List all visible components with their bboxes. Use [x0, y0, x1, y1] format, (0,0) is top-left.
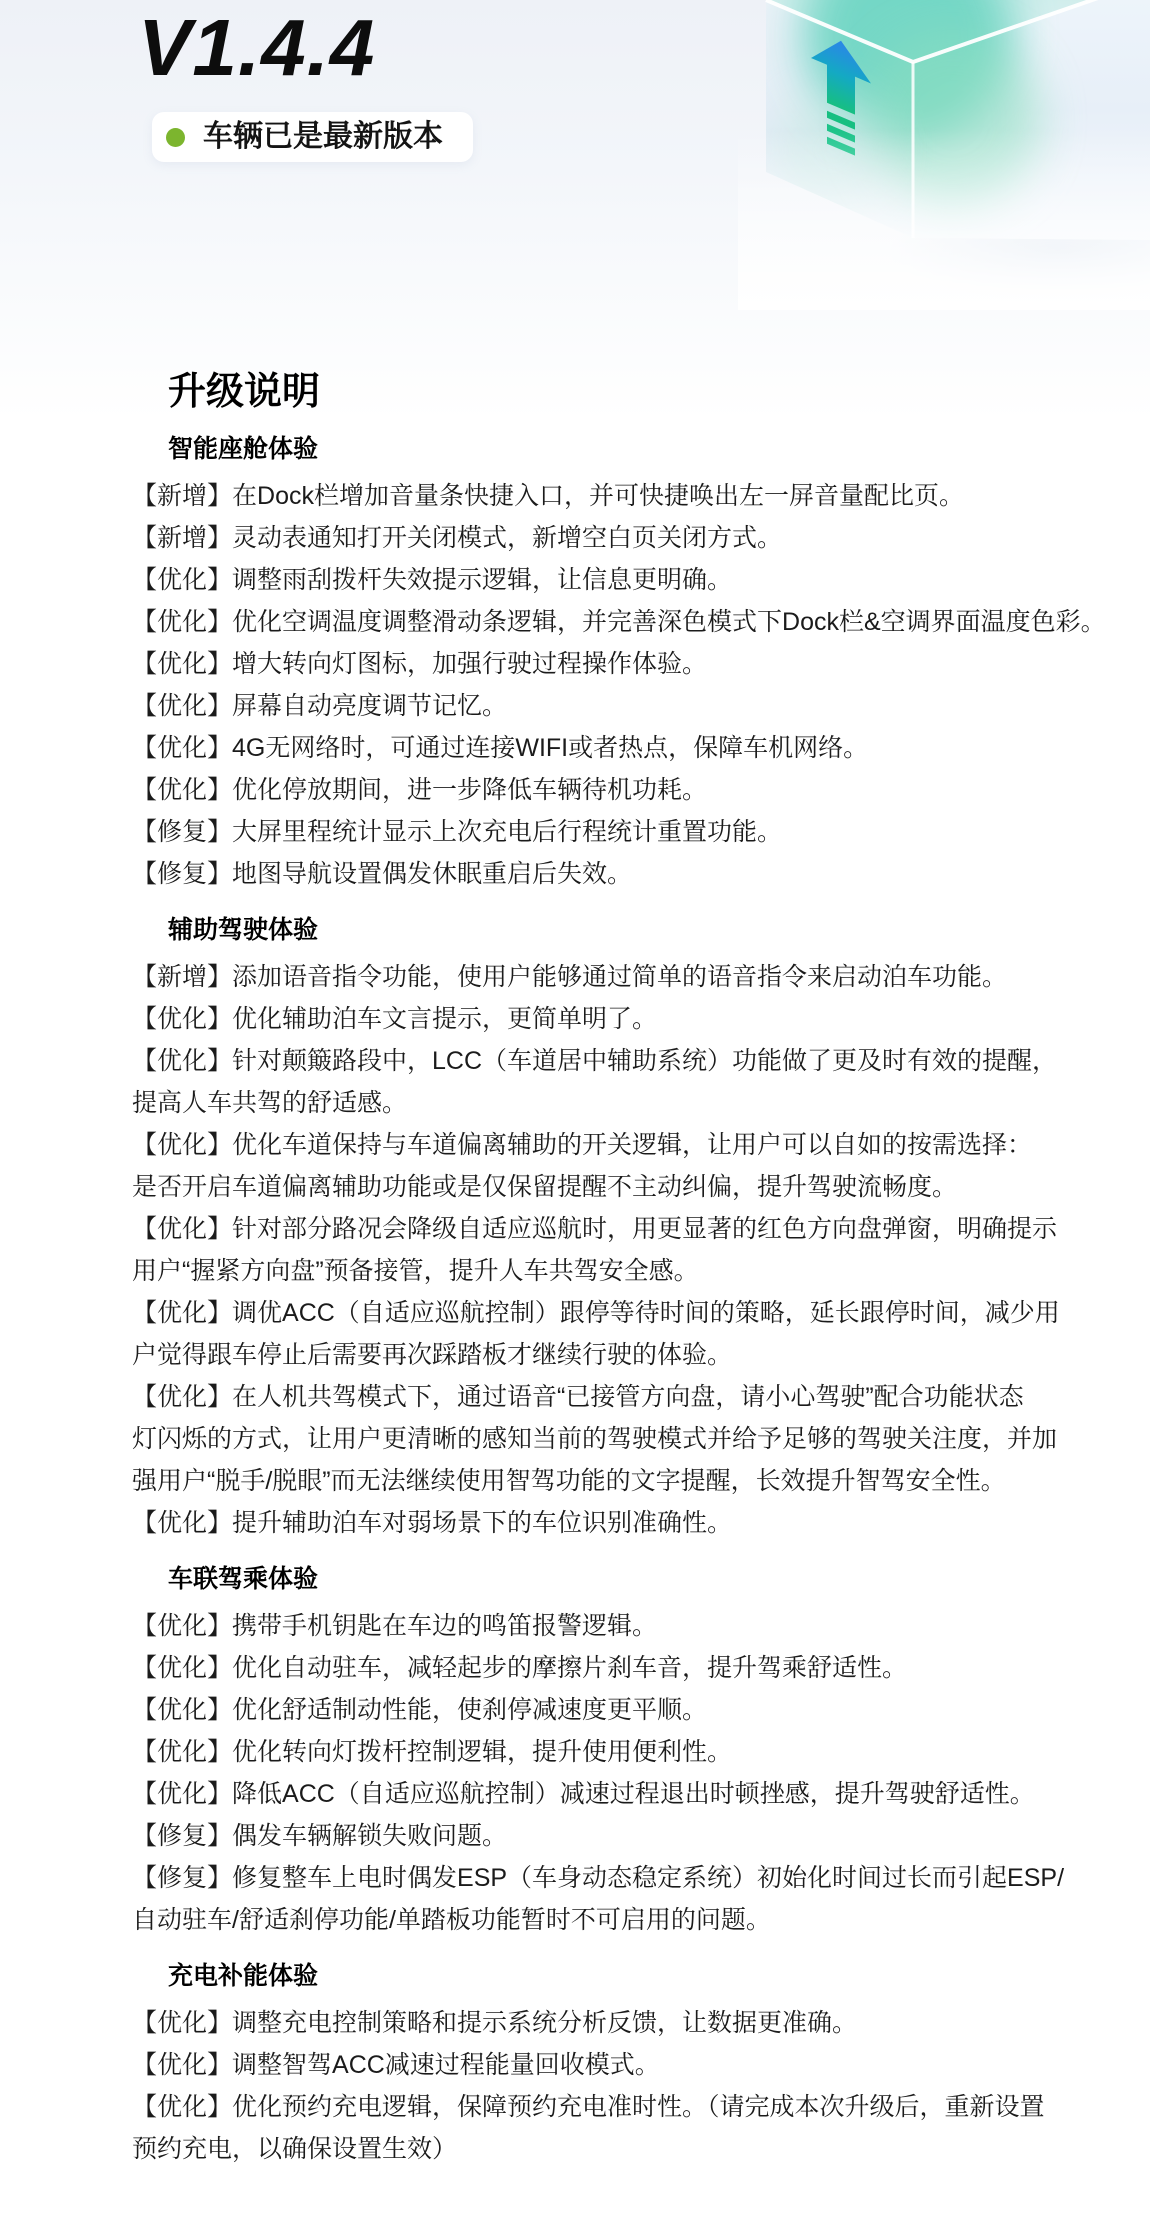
- item-tag: 【修复】: [132, 1864, 232, 1892]
- item-text: 优化车道保持与车道偏离辅助的开关逻辑，让用户可以自如的按需选择： 是否开启车道偏…: [132, 1131, 1032, 1201]
- item-text: 优化停放期间，进一步降低车辆待机功耗。: [232, 776, 707, 804]
- upgrade-cube-illustration: [738, 0, 1150, 310]
- changelog-section: 充电补能体验 【优化】调整充电控制策略和提示系统分析反馈，让数据更准确。【优化】…: [132, 1959, 1132, 2170]
- item-tag: 【优化】: [132, 1383, 232, 1411]
- item-text: 针对颠簸路段中，LCC（车道居中辅助系统）功能做了更及时有效的提醒， 提高人车共…: [132, 1047, 1057, 1117]
- item-tag: 【优化】: [132, 1047, 232, 1075]
- item-text: 调整智驾ACC减速过程能量回收模式。: [232, 2051, 660, 2079]
- item-text: 调整雨刮拨杆失效提示逻辑，让信息更明确。: [232, 566, 732, 594]
- changelog-item: 【优化】4G无网络时，可通过连接WIFI或者热点，保障车机网络。: [132, 727, 1132, 769]
- item-text: 大屏里程统计显示上次充电后行程统计重置功能。: [232, 818, 782, 846]
- changelog-item: 【优化】调整智驾ACC减速过程能量回收模式。: [132, 2044, 1132, 2086]
- section-title: 车联驾乘体验: [168, 1562, 1132, 1597]
- changelog-item: 【优化】调整充电控制策略和提示系统分析反馈，让数据更准确。: [132, 2002, 1132, 2044]
- item-text: 调整充电控制策略和提示系统分析反馈，让数据更准确。: [232, 2009, 857, 2037]
- item-text: 地图导航设置偶发休眠重启后失效。: [232, 860, 632, 888]
- item-tag: 【新增】: [132, 482, 232, 510]
- item-text: 在Dock栏增加音量条快捷入口，并可快捷唤出左一屏音量配比页。: [232, 482, 964, 510]
- release-notes-title: 升级说明: [168, 370, 1132, 414]
- changelog-item: 【优化】增大转向灯图标，加强行驶过程操作体验。: [132, 643, 1132, 685]
- item-text: 优化转向灯拨杆控制逻辑，提升使用便利性。: [232, 1738, 732, 1766]
- item-text: 灵动表通知打开关闭模式，新增空白页关闭方式。: [232, 524, 782, 552]
- header: V1.4.4 车辆已是最新版本: [0, 0, 1150, 352]
- changelog-item: 【优化】优化空调温度调整滑动条逻辑，并完善深色模式下Dock栏&空调界面温度色彩…: [132, 601, 1132, 643]
- item-tag: 【优化】: [132, 1005, 232, 1033]
- section-title: 辅助驾驶体验: [168, 913, 1132, 948]
- changelog-item: 【优化】优化辅助泊车文言提示，更简单明了。: [132, 998, 1132, 1040]
- item-text: 降低ACC（自适应巡航控制）减速过程退出时顿挫感，提升驾驶舒适性。: [232, 1780, 1035, 1808]
- sections: 智能座舱体验 【新增】在Dock栏增加音量条快捷入口，并可快捷唤出左一屏音量配比…: [132, 432, 1132, 2170]
- section-items: 【优化】携带手机钥匙在车边的鸣笛报警逻辑。【优化】优化自动驻车，减轻起步的摩擦片…: [132, 1605, 1132, 1941]
- changelog-item: 【修复】偶发车辆解锁失败问题。: [132, 1815, 1132, 1857]
- changelog-item: 【新增】灵动表通知打开关闭模式，新增空白页关闭方式。: [132, 517, 1132, 559]
- item-tag: 【优化】: [132, 1780, 232, 1808]
- changelog-item: 【优化】降低ACC（自适应巡航控制）减速过程退出时顿挫感，提升驾驶舒适性。: [132, 1773, 1132, 1815]
- item-text: 优化舒适制动性能，使刹停减速度更平顺。: [232, 1696, 707, 1724]
- item-tag: 【优化】: [132, 1215, 232, 1243]
- item-text: 偶发车辆解锁失败问题。: [232, 1822, 507, 1850]
- changelog-item: 【优化】优化停放期间，进一步降低车辆待机功耗。: [132, 769, 1132, 811]
- changelog-item: 【优化】优化车道保持与车道偏离辅助的开关逻辑，让用户可以自如的按需选择： 是否开…: [132, 1124, 1132, 1208]
- changelog-item: 【新增】在Dock栏增加音量条快捷入口，并可快捷唤出左一屏音量配比页。: [132, 475, 1132, 517]
- status-dot-icon: [166, 128, 185, 147]
- changelog-item: 【修复】大屏里程统计显示上次充电后行程统计重置功能。: [132, 811, 1132, 853]
- item-text: 提升辅助泊车对弱场景下的车位识别准确性。: [232, 1509, 732, 1537]
- item-text: 优化预约充电逻辑，保障预约充电准时性。（请完成本次升级后，重新设置 预约充电，以…: [132, 2093, 1045, 2163]
- item-tag: 【修复】: [132, 818, 232, 846]
- changelog-item: 【优化】优化转向灯拨杆控制逻辑，提升使用便利性。: [132, 1731, 1132, 1773]
- item-text: 添加语音指令功能，使用户能够通过简单的语音指令来启动泊车功能。: [232, 963, 1007, 991]
- item-text: 调优ACC（自适应巡航控制）跟停等待时间的策略，延长跟停时间，减少用 户觉得跟车…: [132, 1299, 1060, 1369]
- item-tag: 【优化】: [132, 776, 232, 804]
- item-text: 优化辅助泊车文言提示，更简单明了。: [232, 1005, 657, 1033]
- item-tag: 【新增】: [132, 524, 232, 552]
- changelog-item: 【优化】针对颠簸路段中，LCC（车道居中辅助系统）功能做了更及时有效的提醒， 提…: [132, 1040, 1132, 1124]
- item-text: 针对部分路况会降级自适应巡航时，用更显著的红色方向盘弹窗，明确提示 用户“握紧方…: [132, 1215, 1057, 1285]
- release-notes: 升级说明 智能座舱体验 【新增】在Dock栏增加音量条快捷入口，并可快捷唤出左一…: [0, 370, 1150, 2170]
- changelog-section: 辅助驾驶体验 【新增】添加语音指令功能，使用户能够通过简单的语音指令来启动泊车功…: [132, 913, 1132, 1544]
- changelog-item: 【优化】优化预约充电逻辑，保障预约充电准时性。（请完成本次升级后，重新设置 预约…: [132, 2086, 1132, 2170]
- changelog-item: 【修复】地图导航设置偶发休眠重启后失效。: [132, 853, 1132, 895]
- status-row: 车辆已是最新版本: [152, 112, 473, 162]
- item-tag: 【优化】: [132, 650, 232, 678]
- changelog-item: 【优化】在人机共驾模式下，通过语音“已接管方向盘，请小心驾驶”配合功能状态 灯闪…: [132, 1376, 1132, 1502]
- item-tag: 【优化】: [132, 2009, 232, 2037]
- section-title: 充电补能体验: [168, 1959, 1132, 1994]
- item-tag: 【优化】: [132, 1696, 232, 1724]
- version-title: V1.4.4: [138, 2, 375, 94]
- section-title: 智能座舱体验: [168, 432, 1132, 467]
- changelog-section: 车联驾乘体验 【优化】携带手机钥匙在车边的鸣笛报警逻辑。【优化】优化自动驻车，减…: [132, 1562, 1132, 1941]
- item-tag: 【优化】: [132, 734, 232, 762]
- item-text: 4G无网络时，可通过连接WIFI或者热点，保障车机网络。: [232, 734, 868, 762]
- item-tag: 【新增】: [132, 963, 232, 991]
- changelog-item: 【修复】修复整车上电时偶发ESP（车身动态稳定系统）初始化时间过长而引起ESP/…: [132, 1857, 1132, 1941]
- item-text: 修复整车上电时偶发ESP（车身动态稳定系统）初始化时间过长而引起ESP/ 自动驻…: [132, 1864, 1064, 1934]
- changelog-item: 【优化】提升辅助泊车对弱场景下的车位识别准确性。: [132, 1502, 1132, 1544]
- item-tag: 【优化】: [132, 1612, 232, 1640]
- item-tag: 【优化】: [132, 692, 232, 720]
- item-tag: 【优化】: [132, 566, 232, 594]
- item-tag: 【优化】: [132, 2051, 232, 2079]
- item-tag: 【优化】: [132, 1654, 232, 1682]
- item-tag: 【优化】: [132, 608, 232, 636]
- item-tag: 【优化】: [132, 1131, 232, 1159]
- item-tag: 【优化】: [132, 2093, 232, 2121]
- item-tag: 【优化】: [132, 1509, 232, 1537]
- item-text: 优化空调温度调整滑动条逻辑，并完善深色模式下Dock栏&空调界面温度色彩。: [232, 608, 1106, 636]
- changelog-item: 【优化】调优ACC（自适应巡航控制）跟停等待时间的策略，延长跟停时间，减少用 户…: [132, 1292, 1132, 1376]
- status-text: 车辆已是最新版本: [203, 120, 443, 154]
- item-text: 增大转向灯图标，加强行驶过程操作体验。: [232, 650, 707, 678]
- changelog-item: 【优化】优化自动驻车，减轻起步的摩擦片刹车音，提升驾乘舒适性。: [132, 1647, 1132, 1689]
- changelog-item: 【优化】针对部分路况会降级自适应巡航时，用更显著的红色方向盘弹窗，明确提示 用户…: [132, 1208, 1132, 1292]
- changelog-item: 【优化】调整雨刮拨杆失效提示逻辑，让信息更明确。: [132, 559, 1132, 601]
- item-tag: 【优化】: [132, 1738, 232, 1766]
- changelog-item: 【优化】携带手机钥匙在车边的鸣笛报警逻辑。: [132, 1605, 1132, 1647]
- changelog-item: 【新增】添加语音指令功能，使用户能够通过简单的语音指令来启动泊车功能。: [132, 956, 1132, 998]
- section-items: 【新增】在Dock栏增加音量条快捷入口，并可快捷唤出左一屏音量配比页。【新增】灵…: [132, 475, 1132, 895]
- item-text: 优化自动驻车，减轻起步的摩擦片刹车音，提升驾乘舒适性。: [232, 1654, 907, 1682]
- item-text: 屏幕自动亮度调节记忆。: [232, 692, 507, 720]
- section-items: 【优化】调整充电控制策略和提示系统分析反馈，让数据更准确。【优化】调整智驾ACC…: [132, 2002, 1132, 2170]
- item-text: 携带手机钥匙在车边的鸣笛报警逻辑。: [232, 1612, 657, 1640]
- changelog-section: 智能座舱体验 【新增】在Dock栏增加音量条快捷入口，并可快捷唤出左一屏音量配比…: [132, 432, 1132, 895]
- changelog-item: 【优化】优化舒适制动性能，使刹停减速度更平顺。: [132, 1689, 1132, 1731]
- section-items: 【新增】添加语音指令功能，使用户能够通过简单的语音指令来启动泊车功能。【优化】优…: [132, 956, 1132, 1544]
- item-tag: 【修复】: [132, 860, 232, 888]
- item-tag: 【优化】: [132, 1299, 232, 1327]
- changelog-item: 【优化】屏幕自动亮度调节记忆。: [132, 685, 1132, 727]
- item-tag: 【修复】: [132, 1822, 232, 1850]
- item-text: 在人机共驾模式下，通过语音“已接管方向盘，请小心驾驶”配合功能状态 灯闪烁的方式…: [132, 1383, 1057, 1495]
